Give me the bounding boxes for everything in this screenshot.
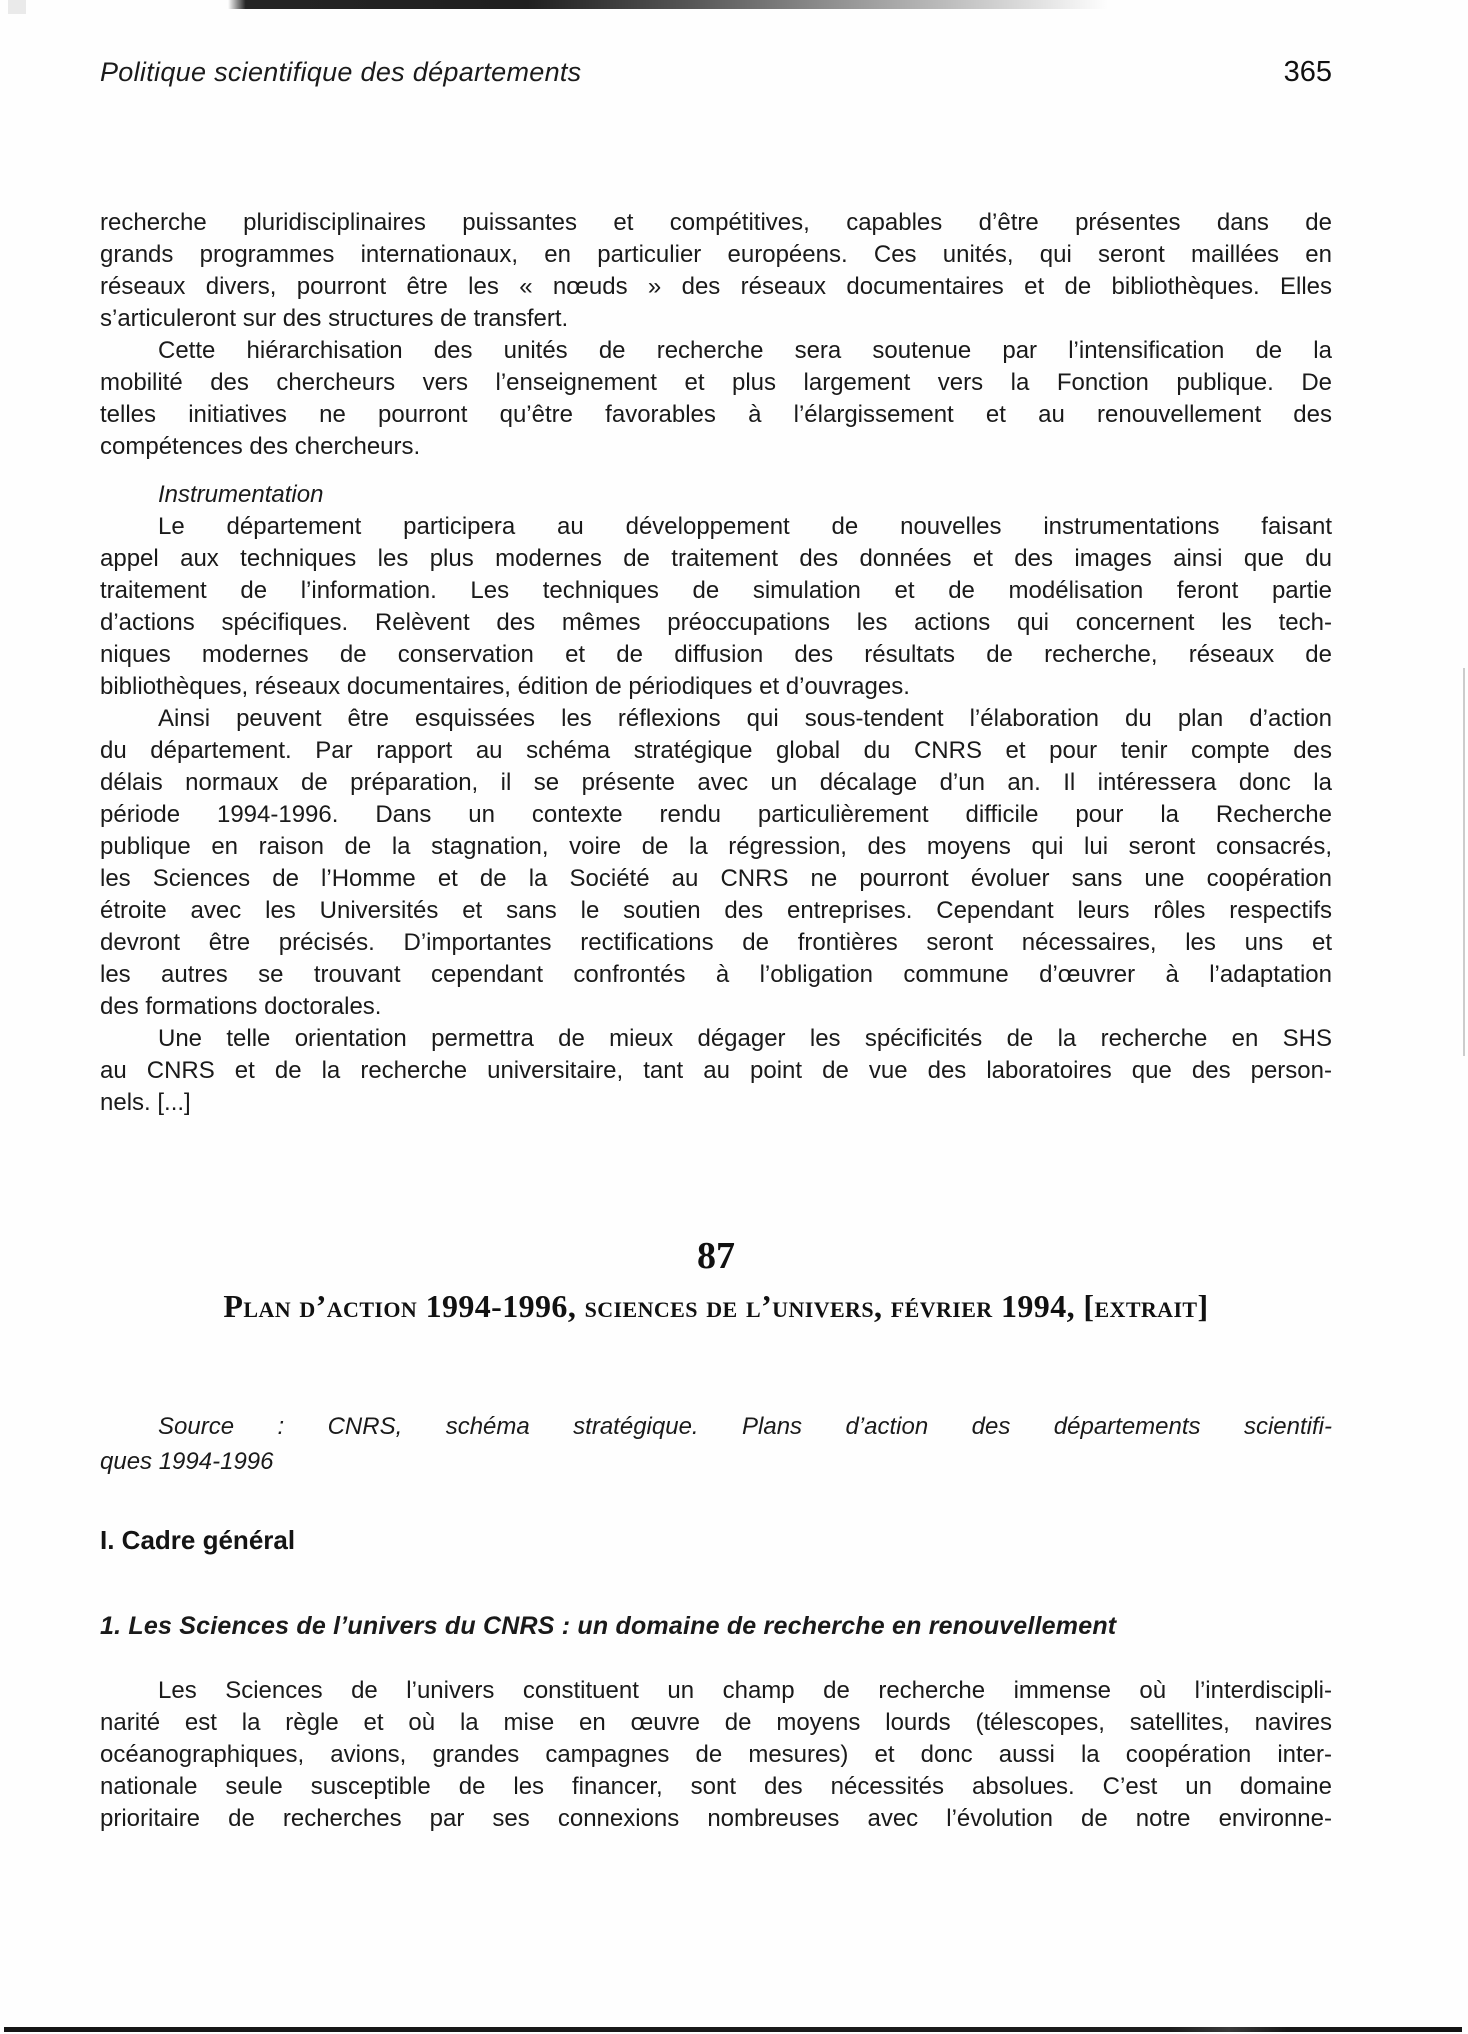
paragraph: Les Sciences de l’univers constituent un… (100, 1675, 1332, 1835)
running-header: Politique scientifique des départements … (100, 56, 1332, 89)
text-line: niques modernes de conservation et de di… (100, 639, 1332, 671)
subsection-heading-sciences-univers: 1. Les Sciences de l’univers du CNRS : u… (100, 1611, 1332, 1641)
scan-artifact-bottom-rule (4, 2027, 1462, 2032)
text-line: Cette hiérarchisation des unités de rech… (100, 335, 1332, 367)
text-line: Une telle orientation permettra de mieux… (100, 1023, 1332, 1055)
text-line: étroite avec les Universités et sans le … (100, 895, 1332, 927)
text-line: période 1994-1996. Dans un contexte rend… (100, 799, 1332, 831)
source-note: Source : CNRS, schéma stratégique. Plans… (100, 1409, 1332, 1479)
scan-artifact-right-line (1463, 668, 1465, 1056)
text-line: océanographiques, avions, grandes campag… (100, 1739, 1332, 1771)
subheading-instrumentation: Instrumentation (158, 479, 1332, 511)
text-line: recherche pluridisciplinaires puissantes… (100, 207, 1332, 239)
scan-artifact-top-bar (228, 0, 1108, 9)
scan-artifact-corner (8, 0, 26, 14)
body-text: Les Sciences de l’univers constituent un… (100, 1675, 1332, 1835)
text-line: Les Sciences de l’univers constituent un… (100, 1675, 1332, 1707)
text-line: appel aux techniques les plus modernes d… (100, 543, 1332, 575)
document-heading: 87 Plan d’action 1994-1996, sciences de … (100, 1235, 1332, 1327)
text-line: mobilité des chercheurs vers l’enseignem… (100, 367, 1332, 399)
text-line: nationale seule susceptible de les finan… (100, 1771, 1332, 1803)
text-line: ques 1994-1996 (100, 1444, 1332, 1479)
text-line: au CNRS et de la recherche universitaire… (100, 1055, 1332, 1087)
page-number: 365 (1284, 56, 1332, 89)
text-line: compétences des chercheurs. (100, 431, 1332, 463)
text-line: telles initiatives ne pourront qu’être f… (100, 399, 1332, 431)
text-line: s’articuleront sur des structures de tra… (100, 303, 1332, 335)
text-column: recherche pluridisciplinaires puissantes… (100, 207, 1332, 1835)
document-number: 87 (100, 1235, 1332, 1277)
text-line: grands programmes internationaux, en par… (100, 239, 1332, 271)
text-line: Source : CNRS, schéma stratégique. Plans… (100, 1409, 1332, 1444)
intro-text: recherche pluridisciplinaires puissantes… (100, 207, 1332, 1119)
text-line: réseaux divers, pourront être les « nœud… (100, 271, 1332, 303)
text-line: traitement de l’information. Les techniq… (100, 575, 1332, 607)
section-heading-cadre-general: I. Cadre général (100, 1525, 1332, 1555)
text-line: les Sciences de l’Homme et de la Société… (100, 863, 1332, 895)
document-title: Plan d’action 1994-1996, sciences de l’u… (100, 1285, 1332, 1327)
text-line: du département. Par rapport au schéma st… (100, 735, 1332, 767)
running-head-title: Politique scientifique des départements (100, 57, 581, 88)
text-line: narité est la règle et où la mise en œuv… (100, 1707, 1332, 1739)
paragraph: Cette hiérarchisation des unités de rech… (100, 335, 1332, 463)
paragraph: recherche pluridisciplinaires puissantes… (100, 207, 1332, 335)
text-line: d’actions spécifiques. Relèvent des même… (100, 607, 1332, 639)
text-line: prioritaire de recherches par ses connex… (100, 1803, 1332, 1835)
scanned-page: Politique scientifique des départements … (0, 0, 1468, 2034)
text-line: bibliothèques, réseaux documentaires, éd… (100, 671, 1332, 703)
text-line: nels. [...] (100, 1087, 1332, 1119)
text-line: des formations doctorales. (100, 991, 1332, 1023)
text-line: devront être précisés. D’importantes rec… (100, 927, 1332, 959)
text-line: Le département participera au développem… (100, 511, 1332, 543)
text-line: publique en raison de la stagnation, voi… (100, 831, 1332, 863)
paragraph: Une telle orientation permettra de mieux… (100, 1023, 1332, 1119)
text-line: Ainsi peuvent être esquissées les réflex… (100, 703, 1332, 735)
text-line: délais normaux de préparation, il se pré… (100, 767, 1332, 799)
paragraph: Le département participera au développem… (100, 511, 1332, 703)
text-line: les autres se trouvant cependant confron… (100, 959, 1332, 991)
paragraph: Ainsi peuvent être esquissées les réflex… (100, 703, 1332, 1023)
